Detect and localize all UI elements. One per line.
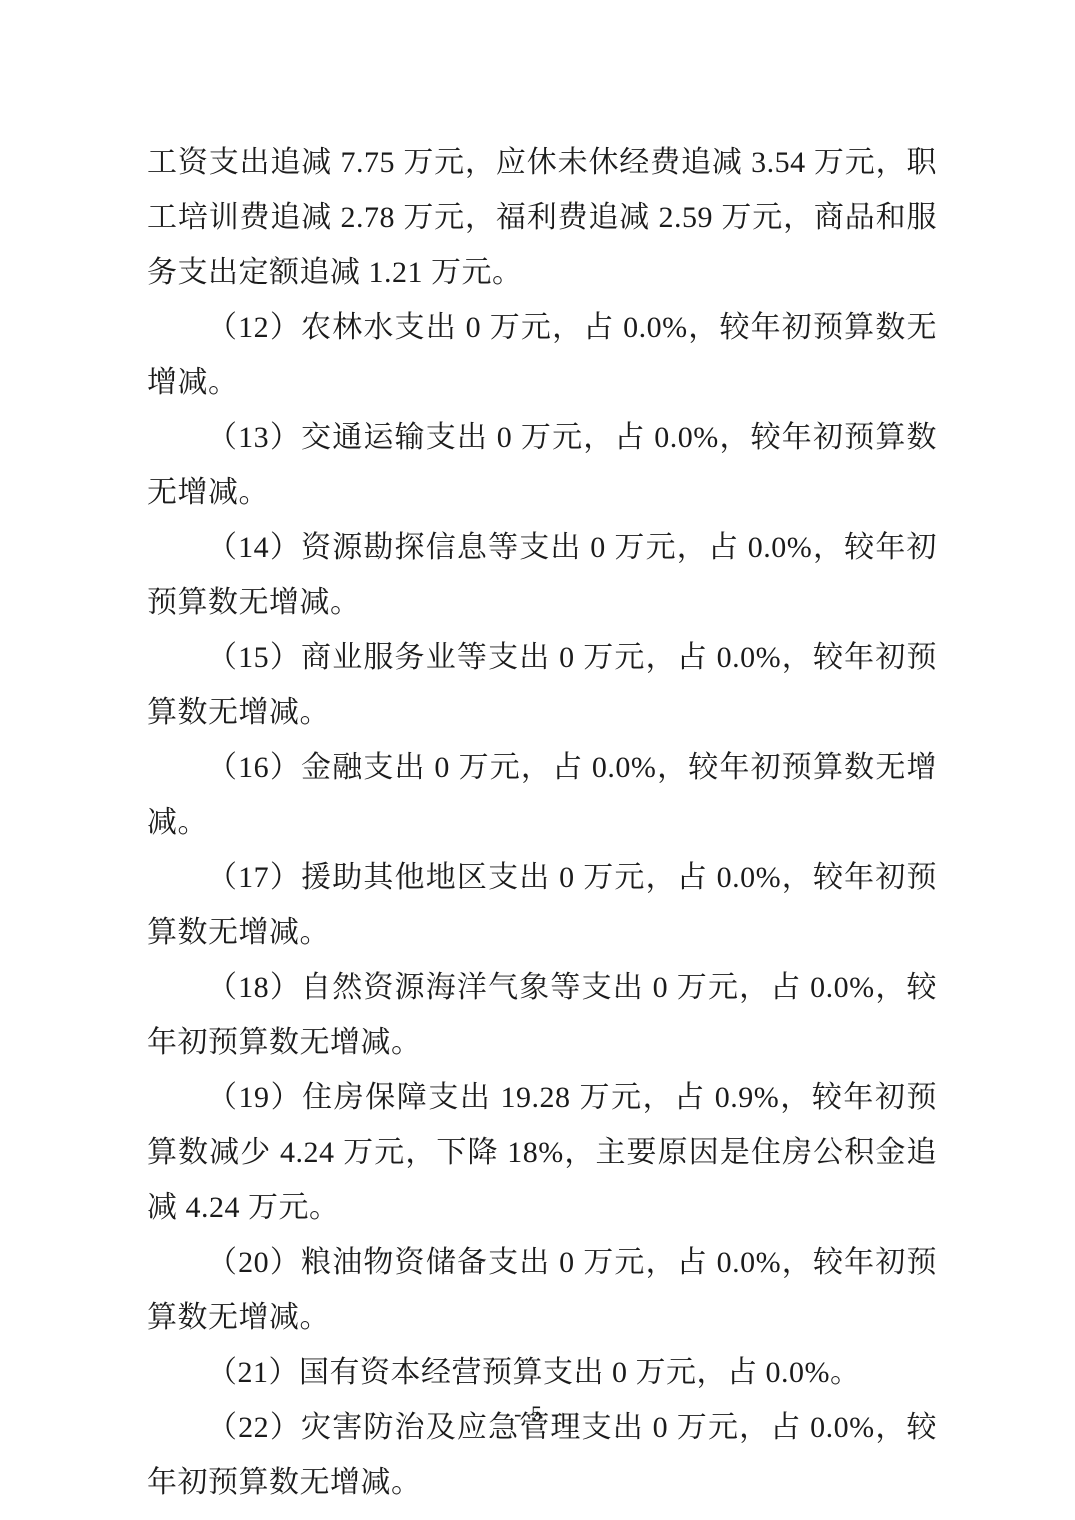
paragraph-continuation: 工资支出追减 7.75 万元，应休未休经费追减 3.54 万元，职工培训费追减 …: [147, 135, 937, 300]
paragraph-item-20: （20）粮油物资储备支出 0 万元，占 0.0%，较年初预算数无增减。: [147, 1235, 937, 1345]
paragraph-item-15: （15）商业服务业等支出 0 万元，占 0.0%，较年初预算数无增减。: [147, 630, 937, 740]
paragraph-item-17: （17）援助其他地区支出 0 万元，占 0.0%，较年初预算数无增减。: [147, 850, 937, 960]
paragraph-item-19: （19）住房保障支出 19.28 万元，占 0.9%，较年初预算数减少 4.24…: [147, 1070, 937, 1235]
paragraph-item-12: （12）农林水支出 0 万元，占 0.0%，较年初预算数无增减。: [147, 300, 937, 410]
paragraph-item-13: （13）交通运输支出 0 万元，占 0.0%，较年初预算数无增减。: [147, 410, 937, 520]
paragraph-item-14: （14）资源勘探信息等支出 0 万元，占 0.0%，较年初预算数无增减。: [147, 520, 937, 630]
paragraph-item-21: （21）国有资本经营预算支出 0 万元，占 0.0%。: [147, 1345, 937, 1400]
paragraph-item-18: （18）自然资源海洋气象等支出 0 万元，占 0.0%，较年初预算数无增减。: [147, 960, 937, 1070]
page-number: - 5 -: [0, 1398, 1075, 1430]
paragraph-item-16: （16）金融支出 0 万元，占 0.0%，较年初预算数无增减。: [147, 740, 937, 850]
document-body: 工资支出追减 7.75 万元，应休未休经费追减 3.54 万元，职工培训费追减 …: [147, 135, 937, 1510]
document-page: 工资支出追减 7.75 万元，应休未休经费追减 3.54 万元，职工培训费追减 …: [0, 0, 1075, 1520]
